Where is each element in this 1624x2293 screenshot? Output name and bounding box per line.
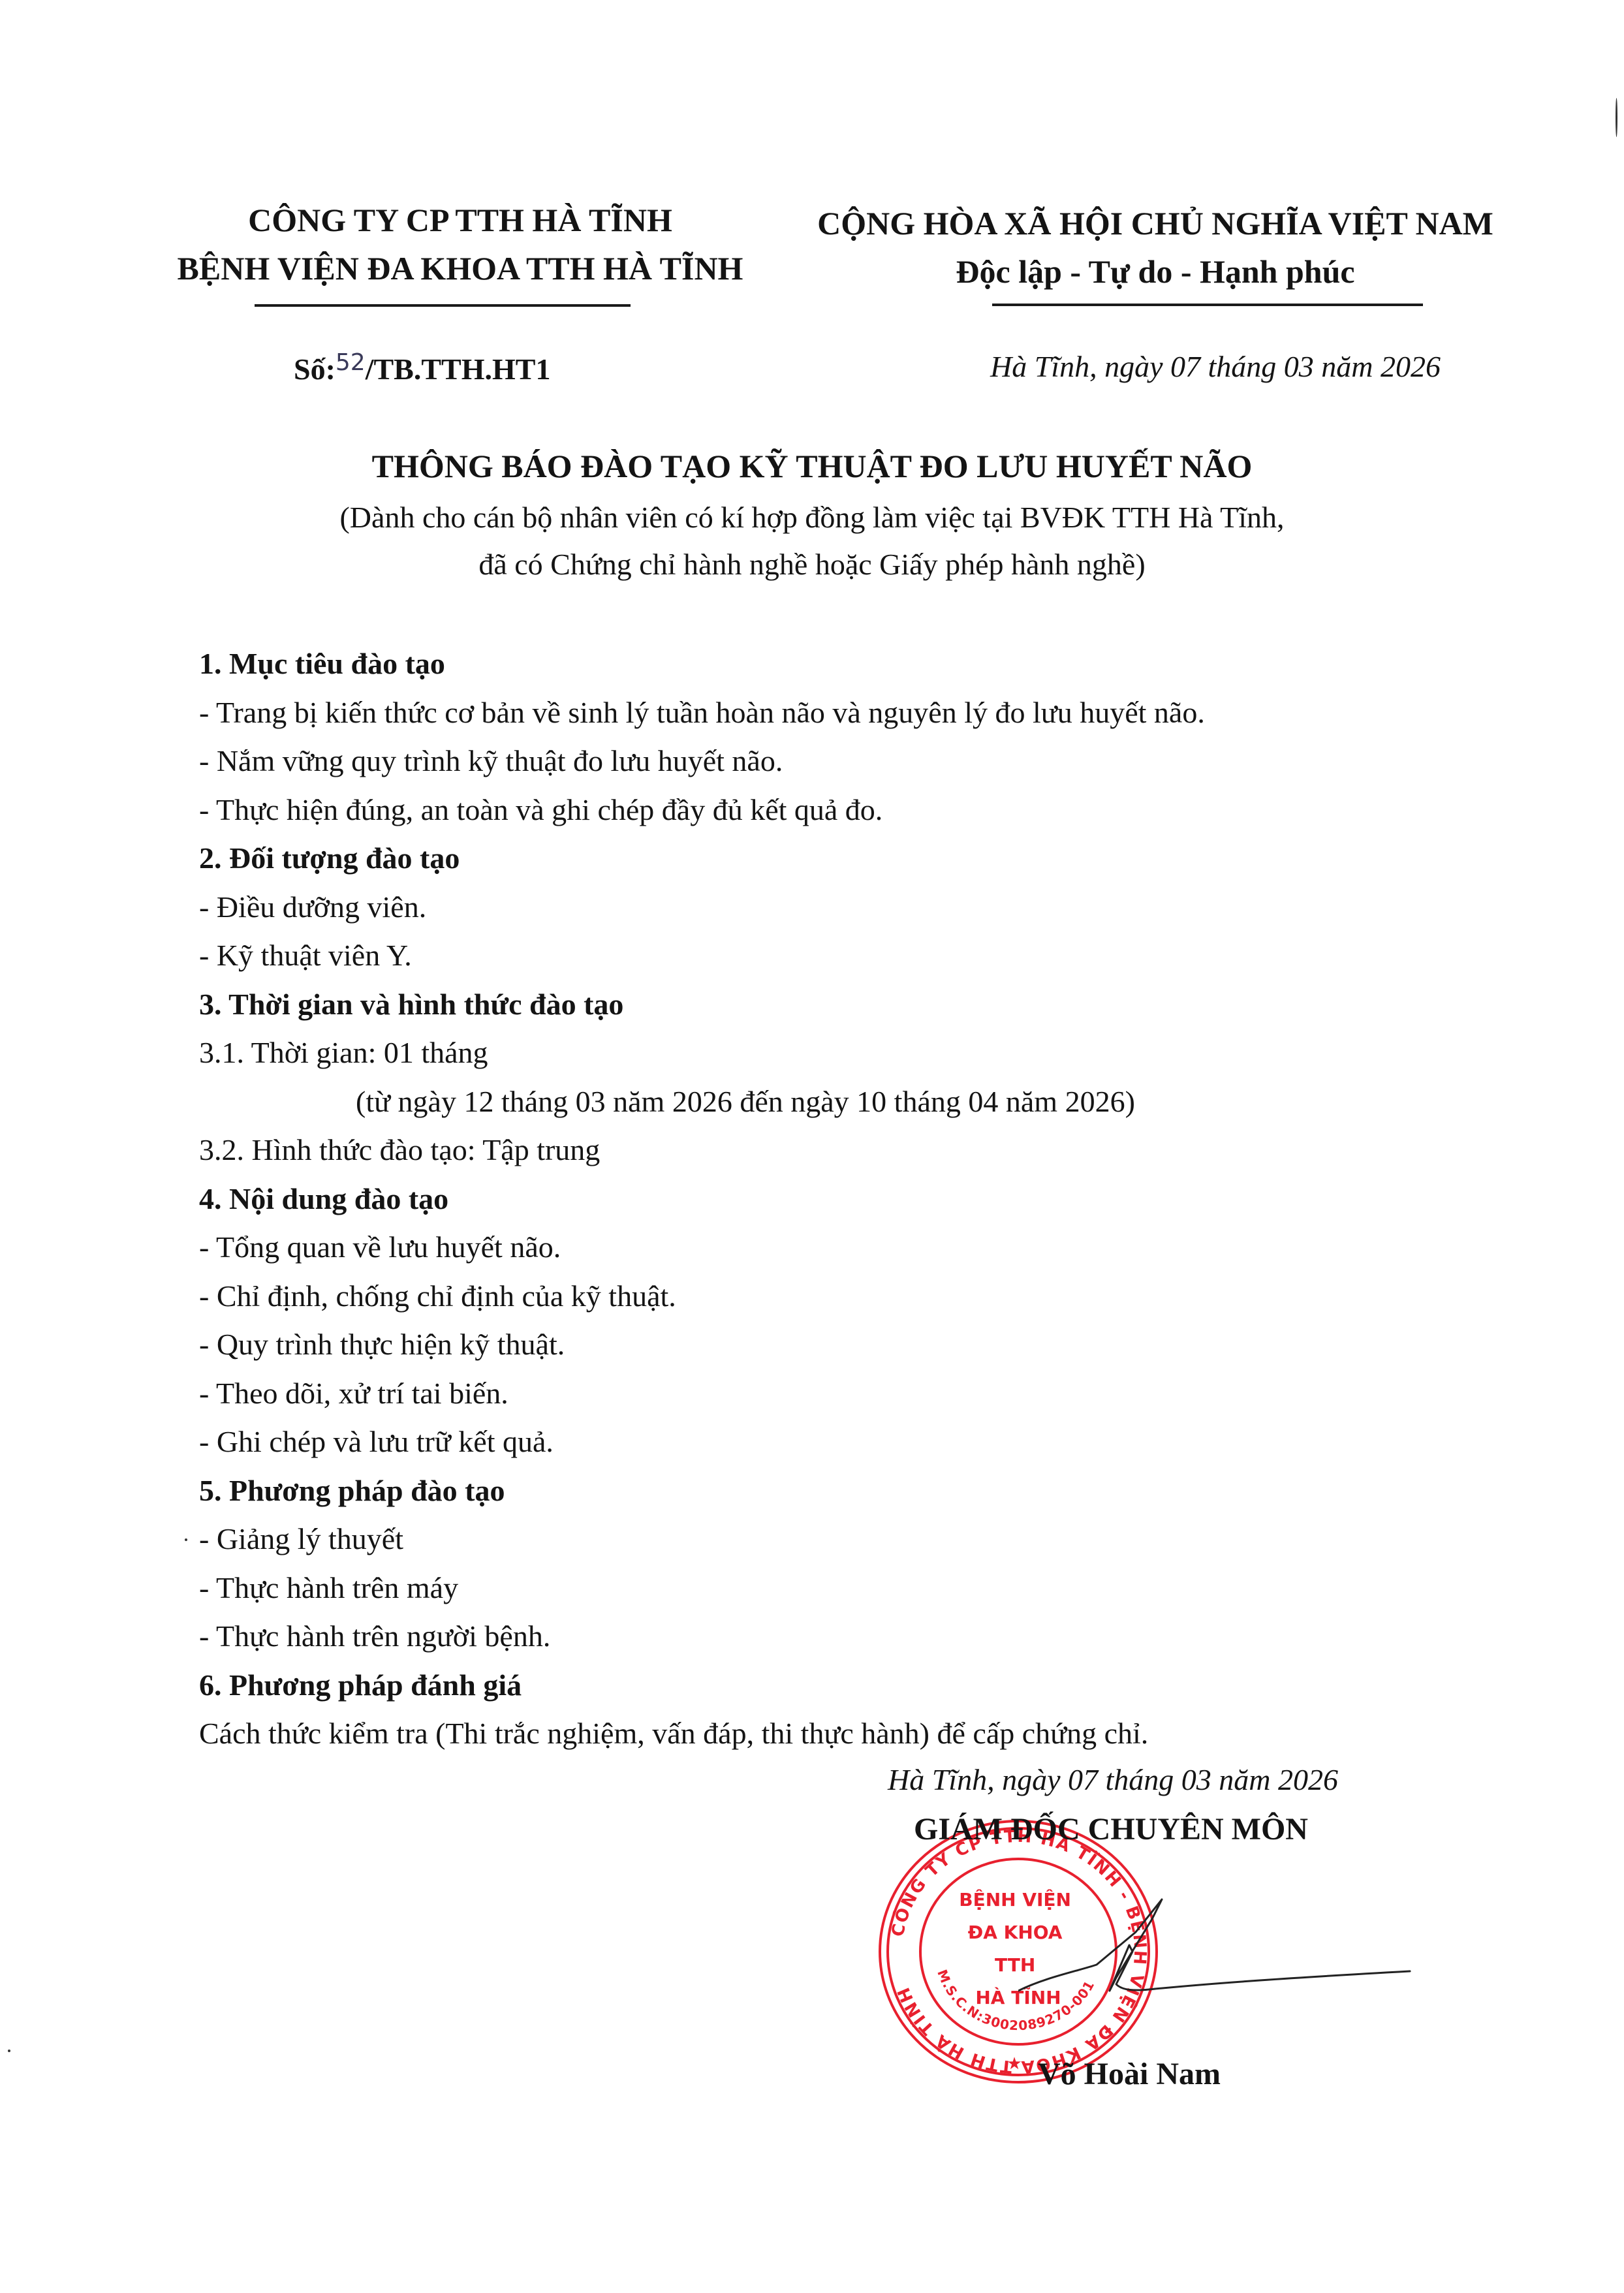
country-name: CỘNG HÒA XÃ HỘI CHỦ NGHĨA VIỆT NAM [783, 199, 1527, 247]
document-number-suffix: /TB.TTH.HT1 [366, 352, 551, 386]
section-heading: 3. Thời gian và hình thức đào tạo [199, 980, 1205, 1029]
section-heading: 1. Mục tiêu đào tạo [199, 640, 1205, 689]
header-right-underline [992, 304, 1423, 306]
training-period-note: (từ ngày 12 tháng 03 năm 2026 đến ngày 1… [199, 1078, 1205, 1127]
section-heading: 5. Phương pháp đào tạo [199, 1467, 1205, 1516]
list-item: 3.2. Hình thức đào tạo: Tập trung [199, 1126, 1205, 1175]
list-item: - Trang bị kiến thức cơ bản về sinh lý t… [199, 689, 1205, 738]
motto: Độc lập - Tự do - Hạnh phúc [783, 247, 1527, 296]
handwritten-signature [1018, 1893, 1423, 2023]
signatory-title: GIÁM ĐỐC CHUYÊN MÔN [914, 1811, 1308, 1847]
document-subtitle: (Dành cho cán bộ nhân viên có kí hợp đồn… [0, 494, 1624, 588]
list-item: - Chỉ định, chống chỉ định của kỹ thuật. [199, 1272, 1205, 1321]
list-item: - Ghi chép và lưu trữ kết quả. [199, 1418, 1205, 1467]
national-motto: CỘNG HÒA XÃ HỘI CHỦ NGHĨA VIỆT NAM Độc l… [783, 199, 1527, 296]
header-left-underline [255, 304, 631, 307]
list-item: - Thực hành trên người bệnh. [199, 1612, 1205, 1661]
section-heading: 4. Nội dung đào tạo [199, 1175, 1205, 1224]
scan-artifact [1616, 98, 1617, 137]
section-heading: 6. Phương pháp đánh giá [199, 1661, 1205, 1710]
list-item: - Giảng lý thuyết [199, 1515, 1205, 1564]
issuing-organization: CÔNG TY CP TTH HÀ TĨNH BỆNH VIỆN ĐA KHOA… [134, 196, 787, 292]
svg-text:★: ★ [1007, 2054, 1022, 2074]
scan-artifact [185, 1538, 187, 1541]
list-item: 3.1. Thời gian: 01 tháng [199, 1029, 1205, 1078]
handwritten-number: 52 [336, 349, 366, 376]
scan-artifact [8, 2050, 10, 2052]
signatory-name: Võ Hoài Nam [1038, 2056, 1221, 2092]
list-item: - Thực hành trên máy [199, 1564, 1205, 1613]
list-item: - Tổng quan về lưu huyết não. [199, 1223, 1205, 1272]
subtitle-line-2: đã có Chứng chỉ hành nghề hoặc Giấy phép… [0, 541, 1624, 588]
list-item: - Kỹ thuật viên Y. [199, 931, 1205, 980]
list-item: - Nắm vững quy trình kỹ thuật đo lưu huy… [199, 737, 1205, 786]
document-number-prefix: Số: [294, 352, 336, 386]
list-item: - Thực hiện đúng, an toàn và ghi chép đầ… [199, 786, 1205, 835]
list-item: - Theo dõi, xử trí tai biến. [199, 1369, 1205, 1418]
subtitle-line-1: (Dành cho cán bộ nhân viên có kí hợp đồn… [0, 494, 1624, 541]
parent-company-name: CÔNG TY CP TTH HÀ TĨNH [134, 196, 787, 244]
list-item: - Điều dưỡng viên. [199, 883, 1205, 932]
section-heading: 2. Đối tượng đào tạo [199, 834, 1205, 883]
hospital-name: BỆNH VIỆN ĐA KHOA TTH HÀ TĨNH [134, 244, 787, 292]
document-title: THÔNG BÁO ĐÀO TẠO KỸ THUẬT ĐO LƯU HUYẾT … [0, 447, 1624, 485]
document-number: Số:52/TB.TTH.HT1 [294, 349, 550, 386]
issue-date: Hà Tĩnh, ngày 07 tháng 03 năm 2026 [990, 349, 1441, 384]
list-item: Cách thức kiểm tra (Thi trắc nghiệm, vấn… [199, 1709, 1205, 1758]
list-item: - Quy trình thực hiện kỹ thuật. [199, 1320, 1205, 1369]
document-body: 1. Mục tiêu đào tạo - Trang bị kiến thức… [199, 640, 1205, 1758]
signature-date: Hà Tĩnh, ngày 07 tháng 03 năm 2026 [888, 1762, 1338, 1797]
